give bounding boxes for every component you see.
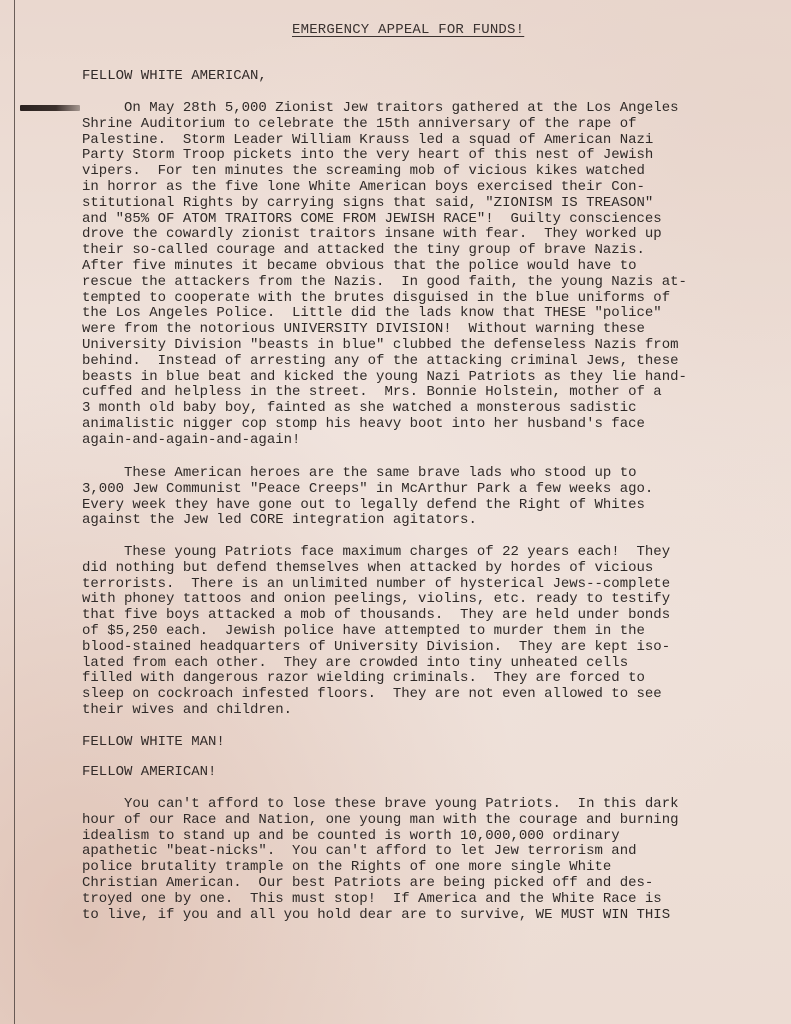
text-line: behind. Instead of arresting any of the … — [82, 354, 772, 370]
text-line: University Division "beasts in blue" clu… — [82, 338, 772, 354]
margin-rule — [14, 0, 15, 1024]
text-line: rescue the attackers from the Nazis. In … — [82, 275, 772, 291]
text-line: 3,000 Jew Communist "Peace Creeps" in Mc… — [82, 482, 772, 498]
text-line: These American heroes are the same brave… — [82, 466, 772, 482]
salutation: FELLOW WHITE AMERICAN, — [82, 68, 267, 84]
text-line: tempted to cooperate with the brutes dis… — [82, 291, 772, 307]
text-line: and "85% OF ATOM TRAITORS COME FROM JEWI… — [82, 212, 772, 228]
interjection-american: FELLOW AMERICAN! — [82, 764, 216, 780]
text-line: of $5,250 each. Jewish police have attem… — [82, 624, 772, 640]
text-line: beasts in blue beat and kicked the young… — [82, 370, 772, 386]
text-line: idealism to stand up and be counted is w… — [82, 829, 772, 845]
text-line: filled with dangerous razor wielding cri… — [82, 671, 772, 687]
text-line: On May 28th 5,000 Zionist Jew traitors g… — [82, 101, 772, 117]
text-line: their wives and children. — [82, 703, 772, 719]
text-line: against the Jew led CORE integration agi… — [82, 513, 772, 529]
text-line: animalistic nigger cop stomp his heavy b… — [82, 417, 772, 433]
text-line: with phoney tattoos and onion peelings, … — [82, 592, 772, 608]
text-line: hour of our Race and Nation, one young m… — [82, 813, 772, 829]
text-line: did nothing but defend themselves when a… — [82, 561, 772, 577]
text-line: Palestine. Storm Leader William Krauss l… — [82, 133, 772, 149]
text-line: You can't afford to lose these brave you… — [82, 797, 772, 813]
paragraph-3: These young Patriots face maximum charge… — [82, 545, 772, 719]
paragraph-4: You can't afford to lose these brave you… — [82, 797, 772, 923]
text-line: in horror as the five lone White America… — [82, 180, 772, 196]
text-line: Christian American. Our best Patriots ar… — [82, 876, 772, 892]
ink-smudge-mark — [20, 105, 80, 111]
text-line: that five boys attacked a mob of thousan… — [82, 608, 772, 624]
text-line: blood-stained headquarters of University… — [82, 640, 772, 656]
text-line: Shrine Auditorium to celebrate the 15th … — [82, 117, 772, 133]
paragraph-2: These American heroes are the same brave… — [82, 466, 772, 529]
text-line: police brutality trample on the Rights o… — [82, 860, 772, 876]
text-line: vipers. For ten minutes the screaming mo… — [82, 164, 772, 180]
text-line: their so-called courage and attacked the… — [82, 243, 772, 259]
text-line: sleep on cockroach infested floors. They… — [82, 687, 772, 703]
text-line: to live, if you and all you hold dear ar… — [82, 908, 772, 924]
text-line: the Los Angeles Police. Little did the l… — [82, 306, 772, 322]
text-line: lated from each other. They are crowded … — [82, 656, 772, 672]
paragraph-1: On May 28th 5,000 Zionist Jew traitors g… — [82, 101, 772, 449]
text-line: 3 month old baby boy, fainted as she wat… — [82, 401, 772, 417]
text-line: cuffed and helpless in the street. Mrs. … — [82, 385, 772, 401]
document-title: EMERGENCY APPEAL FOR FUNDS! — [292, 22, 524, 38]
text-line: After five minutes it became obvious tha… — [82, 259, 772, 275]
text-line: Every week they have gone out to legally… — [82, 498, 772, 514]
text-line: again-and-again-and-again! — [82, 433, 772, 449]
text-line: troyed one by one. This must stop! If Am… — [82, 892, 772, 908]
text-line: drove the cowardly zionist traitors insa… — [82, 227, 772, 243]
text-line: Party Storm Troop pickets into the very … — [82, 148, 772, 164]
interjection-white-man: FELLOW WHITE MAN! — [82, 734, 225, 750]
text-line: stitutional Rights by carrying signs tha… — [82, 196, 772, 212]
text-line: were from the notorious UNIVERSITY DIVIS… — [82, 322, 772, 338]
text-line: terrorists. There is an unlimited number… — [82, 577, 772, 593]
text-line: These young Patriots face maximum charge… — [82, 545, 772, 561]
text-line: apathetic "beat-nicks". You can't afford… — [82, 844, 772, 860]
